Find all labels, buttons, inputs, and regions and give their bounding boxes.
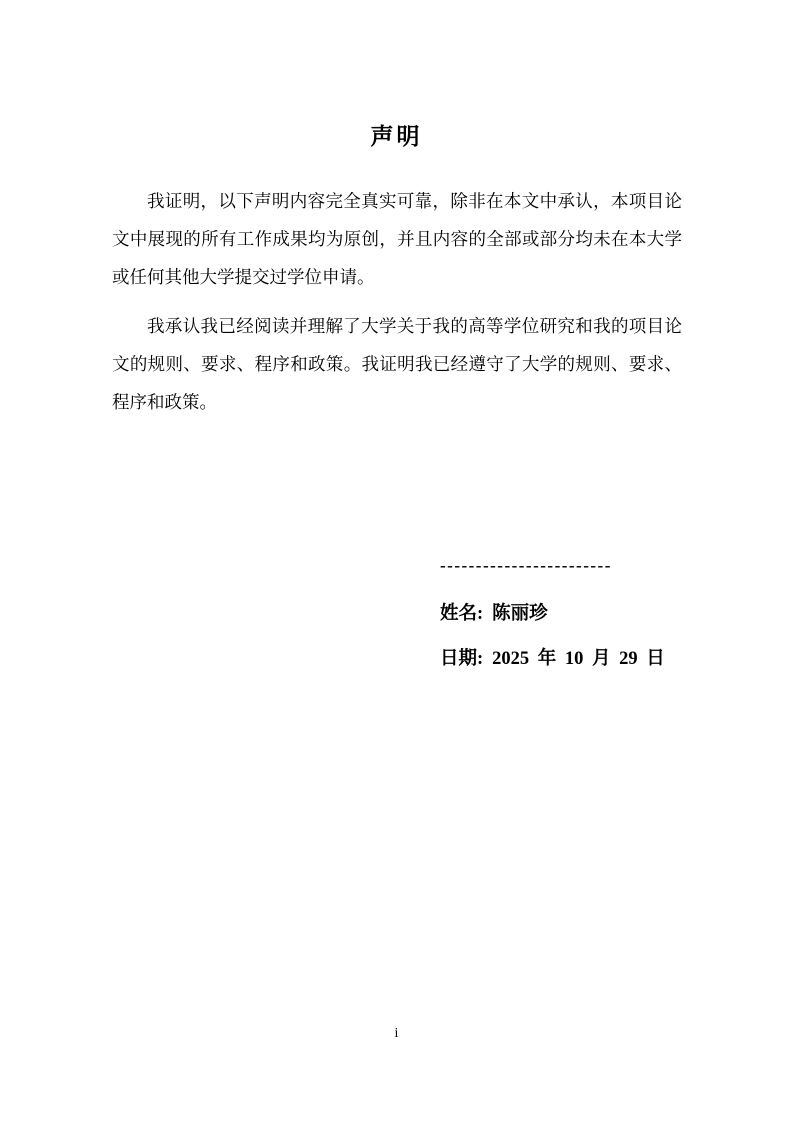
page-number: i [0,1026,793,1042]
date-label: 日期: [440,649,483,669]
declaration-paragraph-2: 我承认我已经阅读并理解了大学关于我的高等学位研究和我的项目论文的规则、要求、程序… [112,307,682,421]
signature-date-row: 日期:2025 年 10 月 29 日 [440,644,665,670]
declaration-paragraph-1: 我证明，以下声明内容完全真实可靠，除非在本文中承认，本项目论文中展现的所有工作成… [112,182,682,296]
signature-name-row: 姓名:陈丽珍 [440,599,548,625]
signature-line: ------------------------ [440,556,612,576]
name-label: 姓名: [440,604,483,624]
date-value: 2025 年 10 月 29 日 [492,649,665,669]
page-title: 声明 [0,118,793,151]
document-page: 声明 我证明，以下声明内容完全真实可靠，除非在本文中承认，本项目论文中展现的所有… [0,0,793,1122]
name-value: 陈丽珍 [492,604,548,624]
